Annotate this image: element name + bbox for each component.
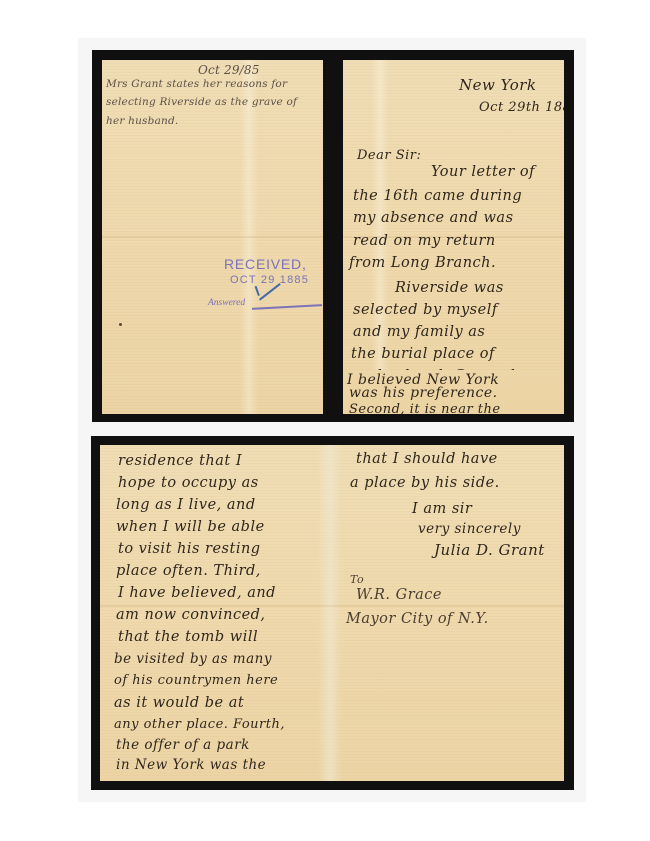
pages-3-4-spread: residence that I hope to occupy as long …: [100, 445, 564, 781]
letter-line: that I should have: [356, 451, 498, 467]
letter-closing-2: very sincerely: [418, 521, 521, 537]
letter-line: when I will be able: [116, 519, 265, 535]
center-fold: [318, 445, 342, 781]
page-2-letter-bottom: I believed New York was his preference. …: [343, 370, 564, 414]
letter-line: of his countrymen here: [114, 673, 278, 688]
letter-line: and my family as: [353, 324, 485, 340]
page-2-letter: New York Oct 29th 1885 Dear Sir: Your le…: [343, 60, 564, 414]
letter-line: I have believed, and: [118, 585, 276, 601]
letter-line: in New York was the: [116, 757, 266, 773]
letter-line: selected by myself: [353, 302, 498, 318]
letter-line: the 16th came during: [353, 188, 522, 204]
letter-date: Oct 29th 1885: [479, 100, 564, 115]
letter-line: that the tomb will: [118, 629, 258, 645]
letter-line: Riverside was: [395, 280, 504, 296]
letter-line: my absence and was: [353, 210, 514, 226]
letter-line: a place by his side.: [350, 475, 500, 491]
stamp-received-text: RECEIVED,: [224, 256, 307, 272]
letter-line: from Long Branch.: [349, 255, 496, 271]
letter-line: long as I live, and: [116, 497, 256, 513]
letter-line: Second, it is near the: [349, 402, 501, 414]
letter-line: residence that I: [118, 453, 242, 469]
letter-line: to visit his resting: [118, 541, 261, 557]
addressee-to: To: [350, 573, 364, 586]
letter-place: New York: [459, 76, 537, 94]
letter-line: hope to occupy as: [118, 475, 259, 491]
letter-closing: I am sir: [412, 501, 472, 517]
letter-line: read on my return: [353, 233, 496, 249]
letter-line: be visited by as many: [114, 651, 272, 667]
letter-line: the burial place of: [351, 346, 495, 362]
addressee-title: Mayor City of N.Y.: [346, 611, 489, 627]
page-1-docket: Oct 29/85 Mrs Grant states her reasons f…: [102, 60, 323, 414]
stamp-date: OCT 29 1885: [230, 274, 309, 286]
letter-salutation: Dear Sir:: [357, 148, 421, 163]
fold-crease-horizontal: [102, 236, 323, 238]
letter-line: the offer of a park: [116, 737, 250, 753]
docket-line-1: Mrs Grant states her reasons for: [106, 78, 287, 90]
letter-line: was his preference.: [349, 385, 498, 401]
stamp-answered-label: Answered: [208, 298, 245, 308]
docket-line-2: selecting Riverside as the grave of: [106, 96, 297, 108]
letter-line: am now convinced,: [116, 607, 266, 623]
addressee-name: W.R. Grace: [356, 587, 442, 603]
paper-mark: [119, 323, 122, 326]
letter-line: place often. Third,: [116, 563, 261, 579]
signature: Julia D. Grant: [434, 541, 545, 559]
letter-line: as it would be at: [114, 695, 244, 711]
stamp-answered-line: [252, 304, 322, 309]
letter-line: Your letter of: [431, 164, 535, 180]
docket-date: Oct 29/85: [198, 63, 260, 77]
letter-line: any other place. Fourth,: [114, 717, 285, 732]
docket-line-3: her husband.: [106, 115, 178, 127]
